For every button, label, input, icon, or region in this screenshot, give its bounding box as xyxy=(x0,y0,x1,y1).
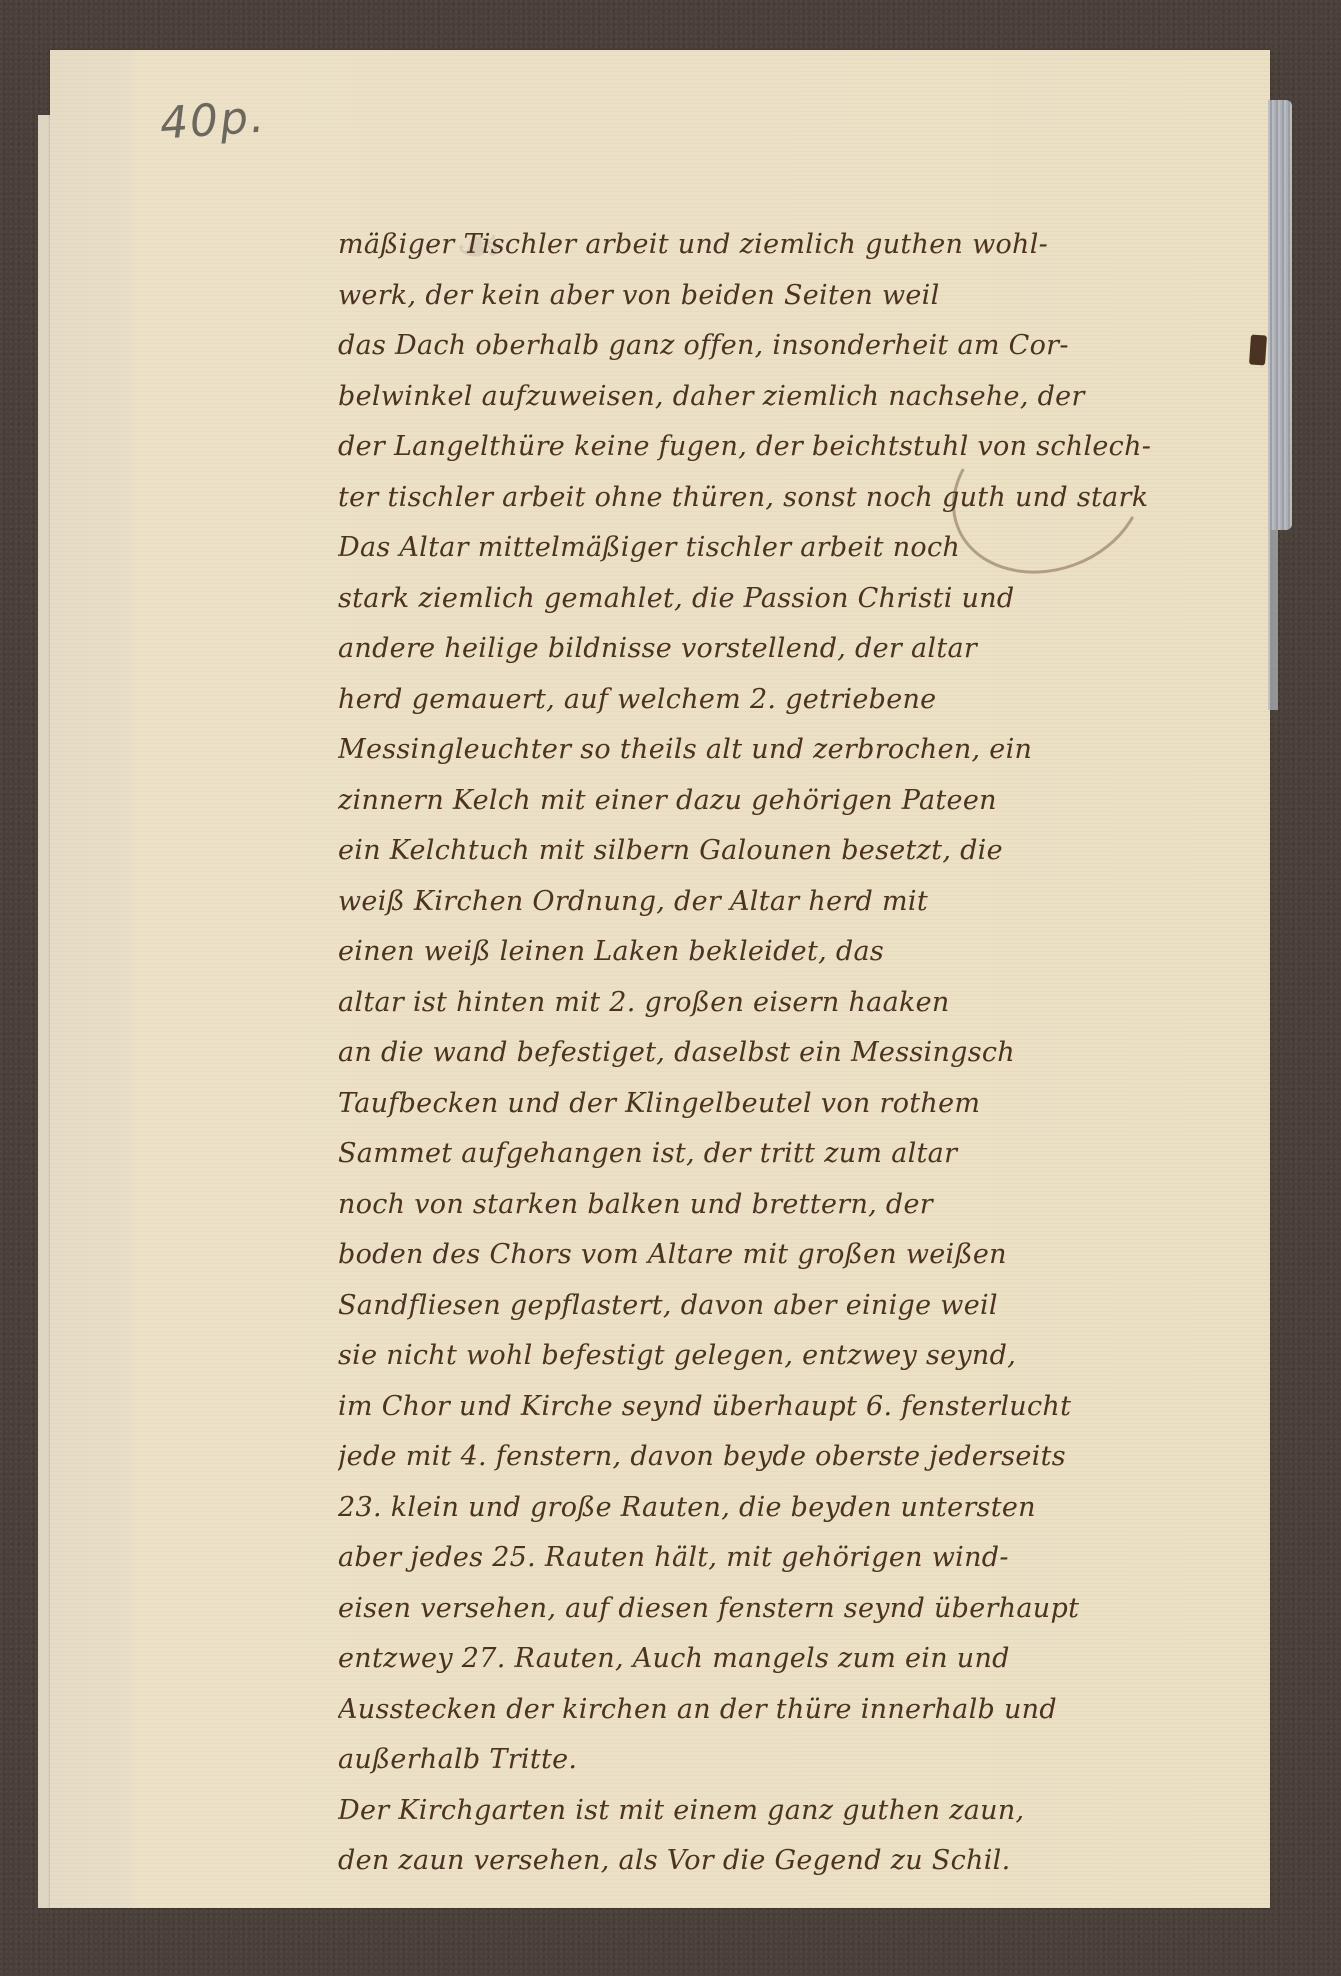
text-line: stark ziemlich gemahlet, die Passion Chr… xyxy=(338,574,1268,625)
text-line: jede mit 4. fenstern, davon beyde oberst… xyxy=(338,1432,1268,1483)
text-line: den zaun versehen, als Vor die Gegend zu… xyxy=(338,1836,1268,1887)
text-line: Sandfliesen gepflastert, davon aber eini… xyxy=(338,1281,1268,1332)
folio-number: 40p. xyxy=(158,91,267,149)
text-line: herd gemauert, auf welchem 2. getriebene xyxy=(338,675,1268,726)
tissue-repair-strip xyxy=(1268,100,1292,530)
text-line: außerhalb Tritte. xyxy=(338,1735,1268,1786)
text-line: Taufbecken und der Klingelbeutel von rot… xyxy=(338,1079,1268,1130)
text-line: sie nicht wohl befestigt gelegen, entzwe… xyxy=(338,1331,1268,1382)
text-line: werk, der kein aber von beiden Seiten we… xyxy=(338,271,1268,322)
text-line: belwinkel aufzuweisen, daher ziemlich na… xyxy=(338,372,1268,423)
text-line: eisen versehen, auf diesen fenstern seyn… xyxy=(338,1584,1268,1635)
text-line: ein Kelchtuch mit silbern Galounen beset… xyxy=(338,826,1268,877)
text-line: ter tischler arbeit ohne thüren, sonst n… xyxy=(338,473,1268,524)
text-line: boden des Chors vom Altare mit großen we… xyxy=(338,1230,1268,1281)
text-line: Ausstecken der kirchen an der thüre inne… xyxy=(338,1685,1268,1736)
text-line: das Dach oberhalb ganz offen, insonderhe… xyxy=(338,321,1268,372)
text-line: Das Altar mittelmäßiger tischler arbeit … xyxy=(338,523,1268,574)
text-line: noch von starken balken und brettern, de… xyxy=(338,1180,1268,1231)
text-line: Messingleuchter so theils alt und zerbro… xyxy=(338,725,1268,776)
text-line: mäßiger Tischler arbeit und ziemlich gut… xyxy=(338,220,1268,271)
text-line: andere heilige bildnisse vorstellend, de… xyxy=(338,624,1268,675)
text-line: an die wand befestiget, daselbst ein Mes… xyxy=(338,1028,1268,1079)
text-line: 23. klein und große Rauten, die beyden u… xyxy=(338,1483,1268,1534)
text-line: aber jedes 25. Rauten hält, mit gehörige… xyxy=(338,1533,1268,1584)
text-line: Der Kirchgarten ist mit einem ganz guthe… xyxy=(338,1786,1268,1837)
text-line: entzwey 27. Rauten, Auch mangels zum ein… xyxy=(338,1634,1268,1685)
text-line: einen weiß leinen Laken bekleidet, das xyxy=(338,927,1268,978)
manuscript-text: mäßiger Tischler arbeit und ziemlich gut… xyxy=(338,220,1268,1887)
text-line: im Chor und Kirche seynd überhaupt 6. fe… xyxy=(338,1382,1268,1433)
text-line: zinnern Kelch mit einer dazu gehörigen P… xyxy=(338,776,1268,827)
text-line: weiß Kirchen Ordnung, der Altar herd mit xyxy=(338,877,1268,928)
text-line: Sammet aufgehangen ist, der tritt zum al… xyxy=(338,1129,1268,1180)
text-line: der Langelthüre keine fugen, der beichts… xyxy=(338,422,1268,473)
text-line: altar ist hinten mit 2. großen eisern ha… xyxy=(338,978,1268,1029)
tissue-repair-strip-lower xyxy=(1268,530,1278,710)
